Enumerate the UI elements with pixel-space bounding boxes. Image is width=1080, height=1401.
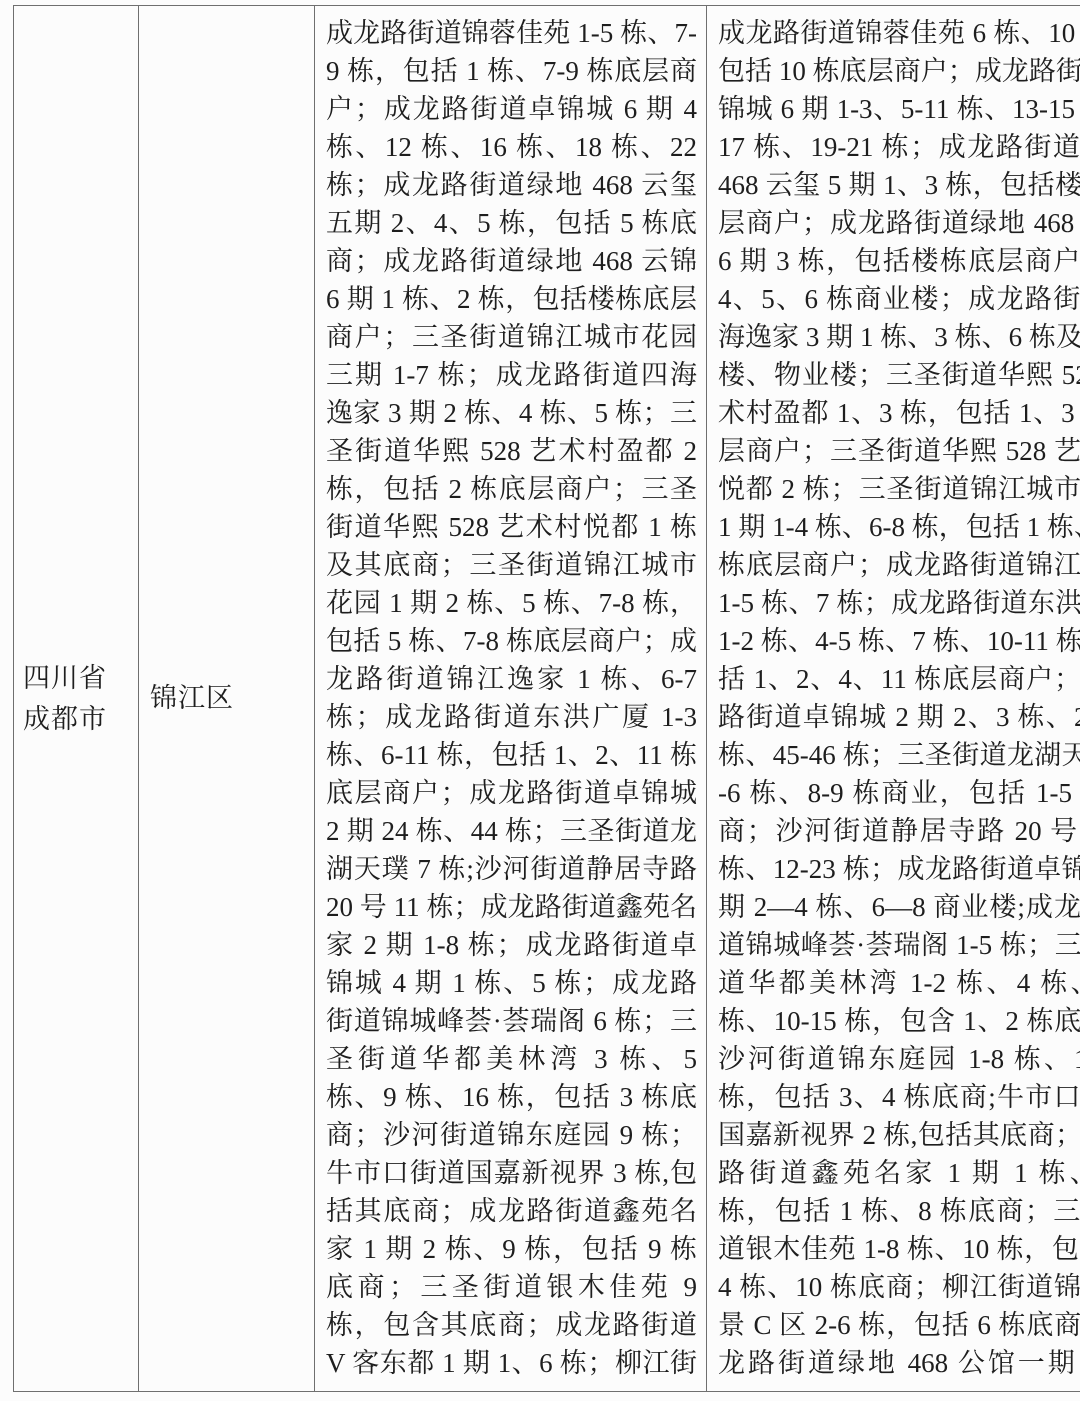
province-city-text: 四川省成都市 <box>23 658 130 740</box>
area-list-right-text: 成龙路街道锦蓉佳苑 6 栋、10 栋，包括 10 栋底层商户；成龙路街道卓锦城 … <box>718 14 1080 1386</box>
risk-area-table: 四川省成都市 锦江区 成龙路街道锦蓉佳苑 1-5 栋、7-9 栋，包括 1 栋、… <box>13 5 1080 1392</box>
area-list-left-text: 成龙路街道锦蓉佳苑 1-5 栋、7-9 栋，包括 1 栋、7-9 栋底层商户；成… <box>326 14 697 1386</box>
area-list-left-cell: 成龙路街道锦蓉佳苑 1-5 栋、7-9 栋，包括 1 栋、7-9 栋底层商户；成… <box>315 6 707 1392</box>
district-cell: 锦江区 <box>139 6 315 1392</box>
area-list-right-cell: 成龙路街道锦蓉佳苑 6 栋、10 栋，包括 10 栋底层商户；成龙路街道卓锦城 … <box>707 6 1080 1392</box>
district-text: 锦江区 <box>150 678 304 719</box>
table-row: 四川省成都市 锦江区 成龙路街道锦蓉佳苑 1-5 栋、7-9 栋，包括 1 栋、… <box>14 6 1080 1392</box>
document-page: 四川省成都市 锦江区 成龙路街道锦蓉佳苑 1-5 栋、7-9 栋，包括 1 栋、… <box>0 0 1080 1401</box>
province-city-cell: 四川省成都市 <box>14 6 139 1392</box>
